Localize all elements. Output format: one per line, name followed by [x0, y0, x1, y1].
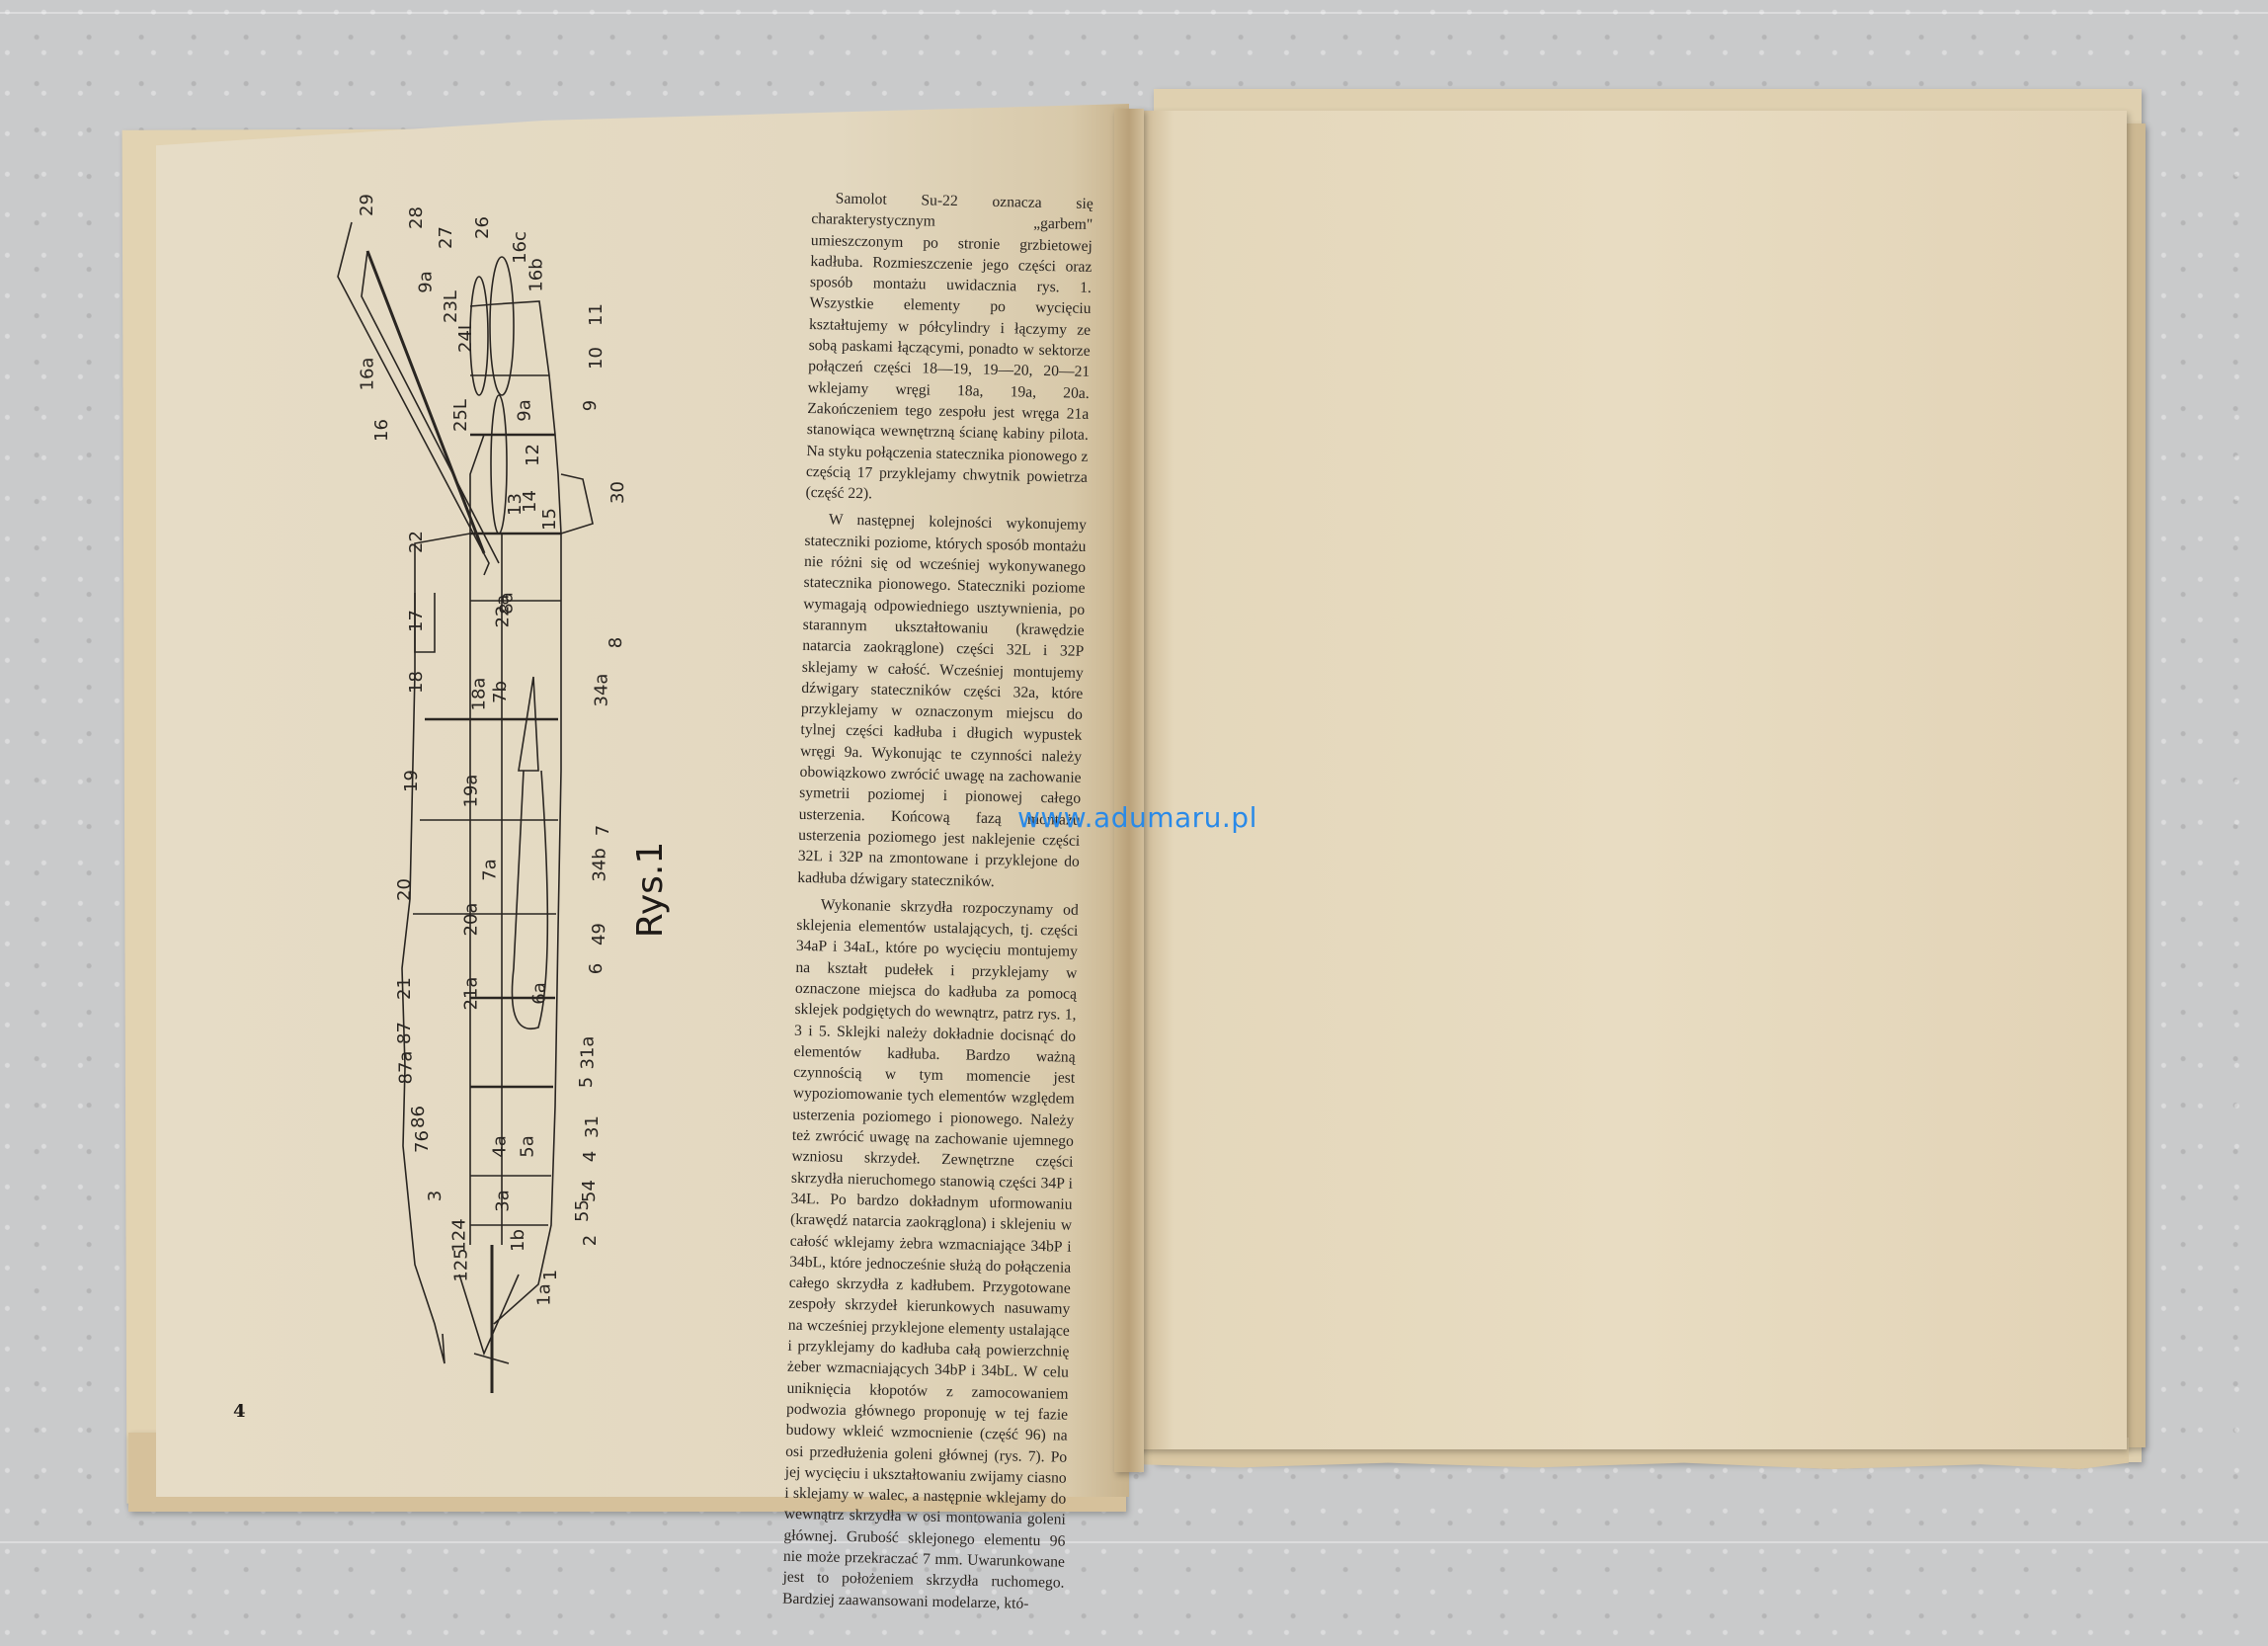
page-number: 4 — [233, 1401, 246, 1422]
watermark-link: www.adumaru.pl — [1017, 801, 1257, 834]
right-page-stack-edge — [2124, 123, 2146, 1447]
diagram-label: 28 — [406, 206, 427, 229]
diagram-label: 6 — [586, 963, 607, 974]
diagram-label: 49 — [589, 923, 609, 946]
diagram-label: 19a — [460, 775, 481, 808]
article-paragraph: Samolot Su-22 oznacza się charakterystyc… — [805, 188, 1093, 509]
diagram-label: 10 — [586, 347, 607, 370]
diagram-label: 21a — [460, 977, 481, 1011]
diagram-label: 5a — [518, 1135, 538, 1157]
diagram-label: 31a — [577, 1036, 598, 1070]
diagram-label: 6a — [529, 982, 550, 1004]
figure-caption: Rys.1 — [630, 842, 671, 938]
diagram-label: 7 — [593, 825, 613, 836]
diagram-label: 18a — [468, 678, 489, 711]
diagram-label: 87 — [394, 1022, 415, 1044]
diagram-label: 55 — [572, 1199, 593, 1222]
diagram-label: 125 — [451, 1248, 472, 1281]
diagram-label: 76 — [412, 1130, 433, 1153]
diagram-label: 20a — [460, 903, 481, 937]
floor-seam — [0, 12, 2268, 14]
diagram-label: 9a — [416, 271, 437, 292]
right-page — [1134, 111, 2127, 1449]
diagram-label: 31 — [582, 1115, 603, 1138]
diagram-label: 17 — [406, 610, 427, 632]
diagram-label: 8 — [606, 637, 626, 648]
diagram-label: 15 — [539, 508, 560, 531]
diagram-label: 7a — [480, 859, 501, 880]
diagram-label: 1 — [540, 1270, 561, 1280]
diagram-label: 24L — [455, 320, 476, 353]
diagram-label: 20 — [394, 878, 415, 901]
article-text-column: Samolot Su-22 oznacza się charakterystyc… — [782, 188, 1093, 1621]
diagram-label: 12 — [523, 444, 543, 466]
book-gutter — [1114, 109, 1144, 1472]
article-paragraph: Wykonanie skrzydła rozpoczynamy od sklej… — [782, 894, 1079, 1615]
diagram-label: 4 — [580, 1151, 601, 1162]
diagram-label: 3 — [425, 1191, 445, 1201]
diagram-label: 16b — [526, 258, 547, 291]
diagram-label: 18 — [406, 671, 427, 694]
diagram-label: 4a — [490, 1135, 511, 1157]
diagram-label: 8a — [497, 592, 518, 614]
diagram-label: 19 — [401, 770, 422, 792]
diagram-label: 34a — [591, 674, 611, 707]
diagram-label: 9 — [580, 400, 601, 411]
diagram-label: 7b — [490, 681, 511, 703]
diagram-label: 21 — [394, 977, 415, 1000]
diagram-label: 23L — [441, 290, 461, 323]
diagram-label: 5 — [576, 1077, 597, 1088]
diagram-label: 2 — [580, 1235, 601, 1246]
diagram-label: 1a — [534, 1283, 555, 1305]
diagram-label: 87a — [395, 1051, 416, 1085]
article-paragraph: W następnej kolejności wykonujemy statec… — [797, 509, 1087, 893]
diagram-label: 16 — [371, 419, 392, 442]
diagram-label: 16a — [357, 358, 377, 391]
diagram-label: 11 — [586, 303, 607, 326]
diagram-label: 34b — [590, 848, 610, 881]
diagram-label: 86 — [408, 1106, 429, 1128]
diagram-label: 14 — [520, 490, 540, 513]
diagram-label: 30 — [607, 481, 628, 504]
diagram-label: 9a — [515, 399, 535, 421]
diagram-label: 29 — [357, 194, 377, 216]
diagram-label: 1b — [508, 1229, 528, 1252]
diagram-label: 26 — [472, 216, 493, 239]
diagram-label: 22 — [406, 531, 427, 553]
floor-seam — [0, 1541, 2268, 1543]
diagram-label: 27 — [436, 226, 456, 249]
diagram-label: 25L — [450, 399, 471, 432]
diagram-label: 3a — [493, 1190, 514, 1211]
